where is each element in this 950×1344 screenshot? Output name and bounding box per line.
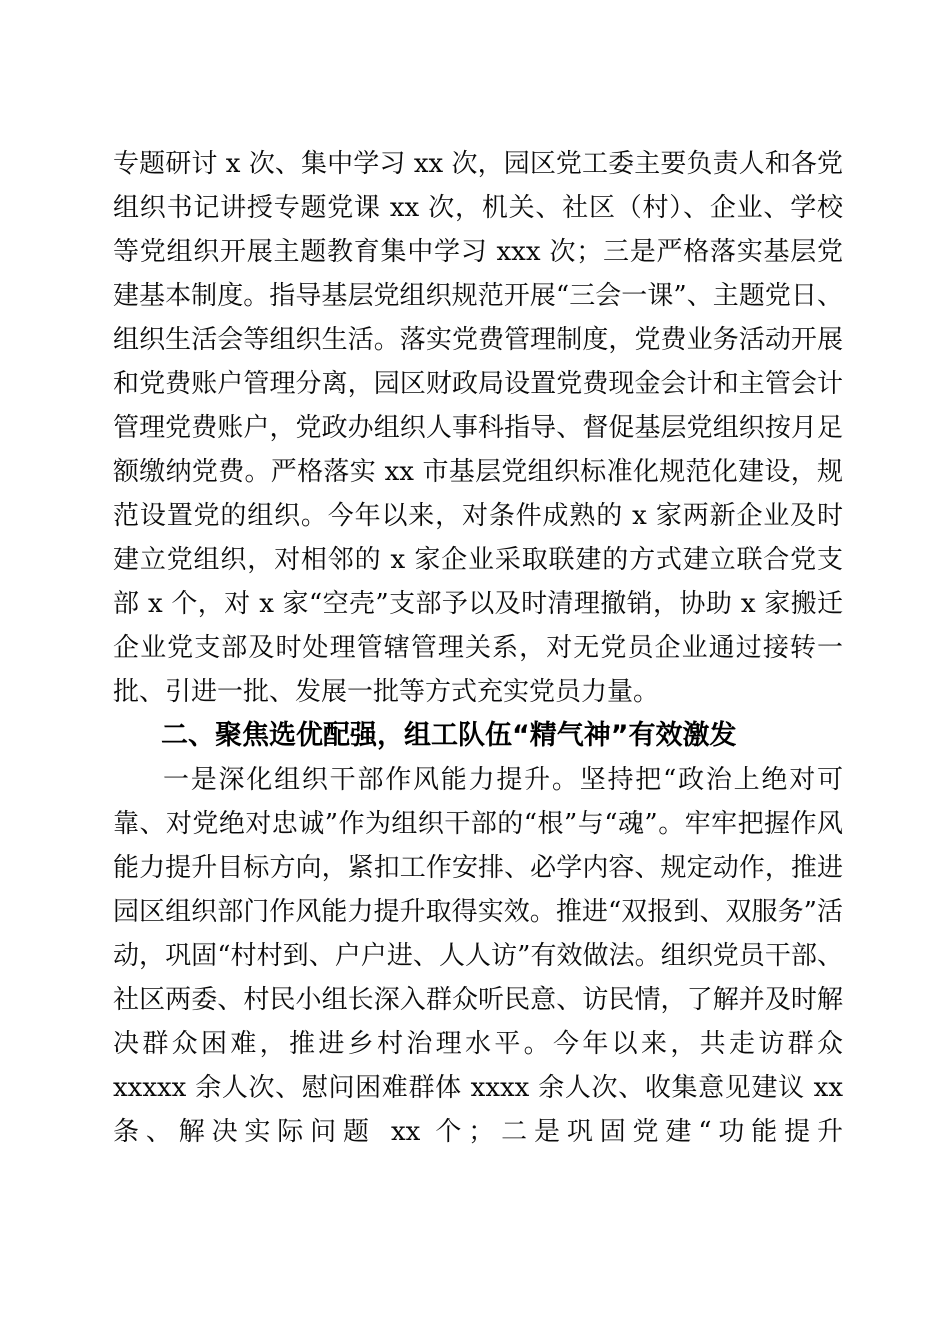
section-heading: 二、聚焦选优配强，组工队伍“精气神”有效激发 xyxy=(113,714,843,758)
document-page: 专题研讨 x 次、集中学习 xx 次，园区党工委主要负责人和各党组织书记讲授专题… xyxy=(0,0,950,1344)
body-paragraph-continued: 专题研讨 x 次、集中学习 xx 次，园区党工委主要负责人和各党组织书记讲授专题… xyxy=(113,142,843,714)
body-paragraph-two: 一是深化组织干部作风能力提升。坚持把“政治上绝对可靠、对党绝对忠诚”作为组织干部… xyxy=(113,758,843,1154)
